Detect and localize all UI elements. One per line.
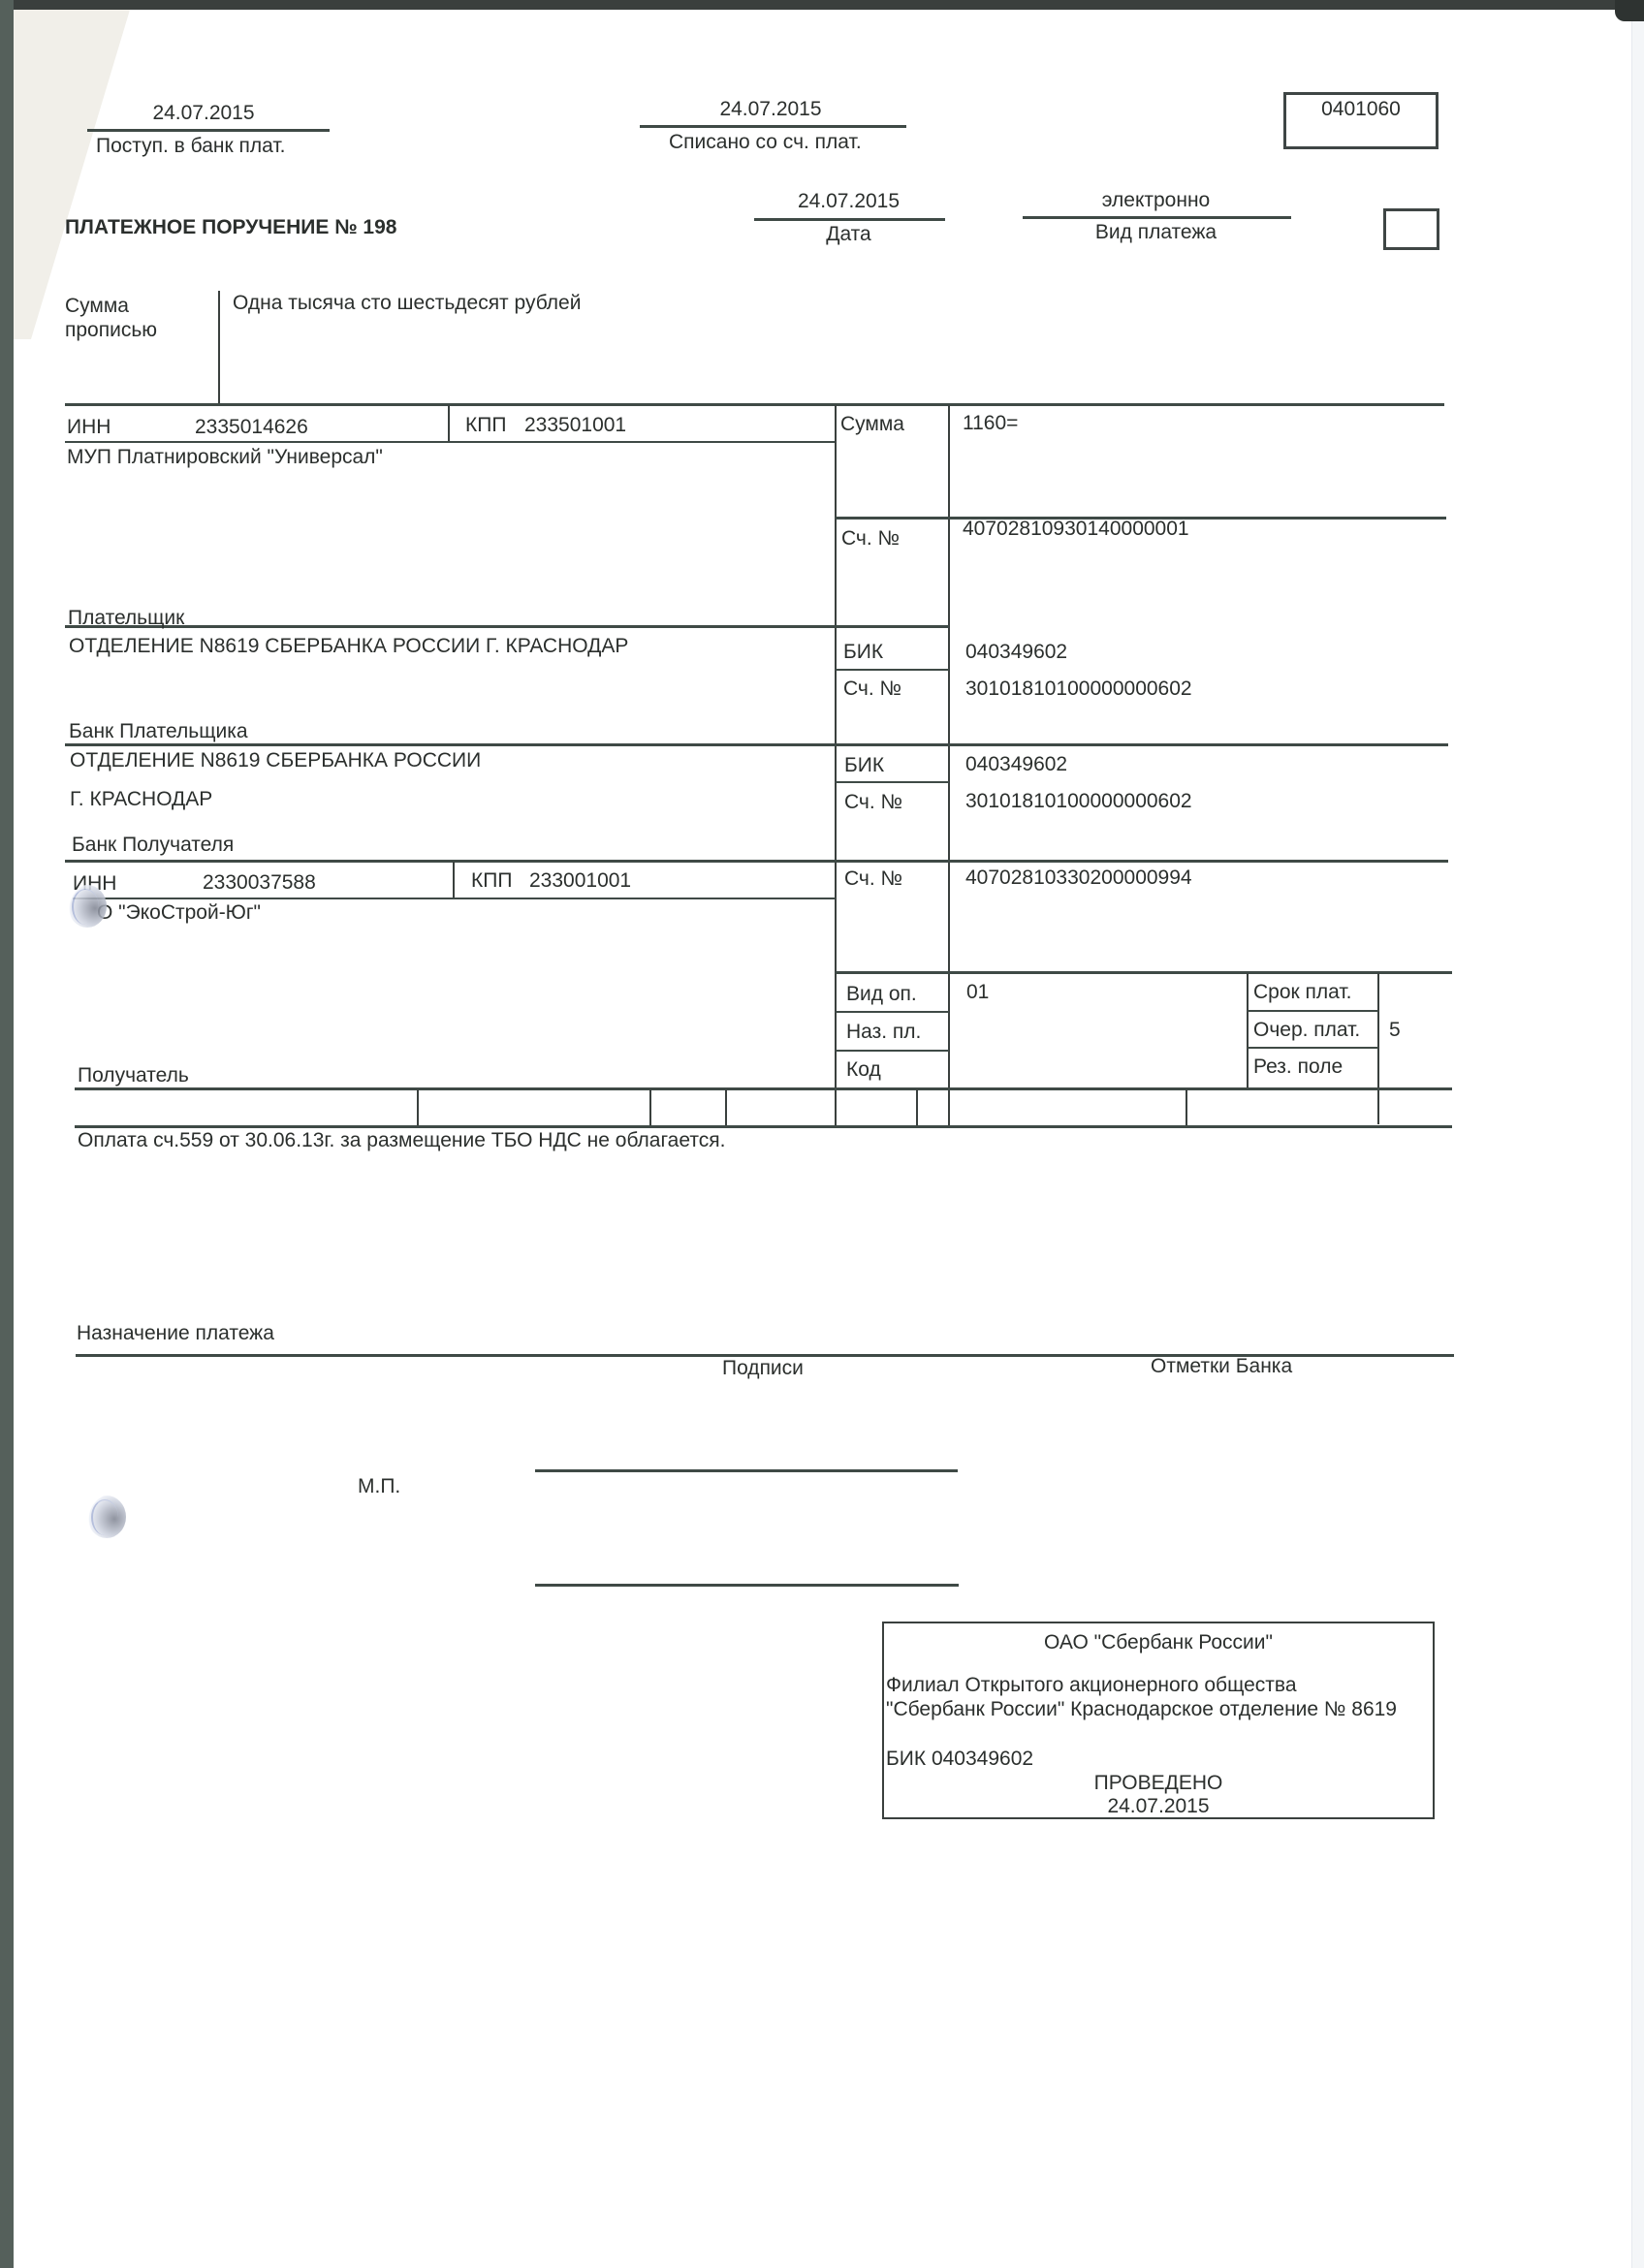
- grid-line-payer-inn-bottom: [65, 441, 836, 443]
- grid-due-right: [1377, 973, 1379, 1124]
- received-date: 24.07.2015: [87, 103, 320, 123]
- scan-corner-right: [1615, 0, 1644, 21]
- grid-line-priority-bottom: [1248, 1047, 1378, 1049]
- scan-edge-top: [0, 0, 1644, 10]
- bank-stamp-date: 24.07.2015: [884, 1796, 1433, 1816]
- signatures-label: Подписи: [722, 1358, 804, 1378]
- bank-stamp-line3: "Сбербанк России" Краснодарское отделени…: [886, 1699, 1397, 1719]
- payer-inn: 2335014626: [195, 417, 308, 437]
- payer-label: Плательщик: [68, 608, 184, 628]
- payer-bank-account-label: Сч. №: [843, 678, 901, 699]
- grid-vertical-left: [835, 405, 837, 1128]
- form-code: 0401060: [1286, 99, 1436, 119]
- document-date-label: Дата: [754, 224, 943, 244]
- grid-line-op-type-bottom: [836, 1011, 949, 1013]
- grid-tax-divider-2: [649, 1089, 651, 1128]
- payee-bank-account: 30101810100000000602: [965, 791, 1192, 811]
- op-type: 01: [966, 982, 989, 1002]
- purpose-label: Назначение платежа: [77, 1323, 274, 1343]
- priority-value: 5: [1389, 1020, 1401, 1040]
- scan-folded-corner: [14, 10, 130, 339]
- payer-name: МУП Платнировский "Универсал": [67, 447, 383, 467]
- grid-line-payee-inn-bottom: [73, 898, 836, 899]
- status-box: [1383, 208, 1439, 250]
- payer-kpp: 233501001: [524, 415, 626, 435]
- grid-line-purpose-code-bottom: [836, 1050, 949, 1052]
- amount-words-label-line2: прописью: [65, 320, 157, 340]
- document-date-underline: [754, 218, 945, 221]
- grid-tax-divider-4: [916, 1089, 918, 1128]
- seal-label: М.П.: [358, 1476, 400, 1496]
- payee-label: Получатель: [78, 1065, 189, 1086]
- purpose-code-label: Наз. пл.: [846, 1022, 921, 1042]
- grid-line-operation-top: [836, 971, 1452, 974]
- debited-date-label: Списано со сч. плат.: [669, 132, 862, 152]
- payee-bank-name-line2: Г. КРАСНОДАР: [70, 789, 212, 809]
- purpose-text: Оплата сч.559 от 30.06.13г. за размещени…: [78, 1130, 725, 1150]
- payment-type-label: Вид платежа: [1023, 222, 1289, 242]
- op-type-label: Вид оп.: [846, 984, 917, 1004]
- priority-label: Очер. плат.: [1253, 1020, 1360, 1040]
- payee-bank-name-line1: ОТДЕЛЕНИЕ N8619 СБЕРБАНКА РОССИИ: [70, 750, 481, 771]
- payment-type-underline: [1023, 216, 1291, 219]
- payer-inn-label: ИНН: [67, 417, 111, 437]
- payer-account: 40702810930140000001: [963, 519, 1189, 539]
- grid-line-bik1-bottom: [836, 669, 949, 671]
- scan-edge-right: [1631, 10, 1644, 2268]
- payee-inn: 2330037588: [203, 872, 316, 893]
- payer-bank-bik: 040349602: [965, 642, 1067, 662]
- payer-kpp-label: КПП: [465, 415, 506, 435]
- payee-account: 40702810330200000994: [965, 867, 1192, 888]
- document-date: 24.07.2015: [754, 191, 943, 211]
- payee-kpp-label: КПП: [471, 870, 512, 891]
- payee-name: О "ЭкоСтрой-Юг": [97, 902, 261, 923]
- grid-line-payer-bank-bottom: [65, 743, 1448, 746]
- grid-payer-inn-divider: [448, 405, 450, 442]
- payee-bank-account-label: Сч. №: [844, 792, 902, 812]
- grid-vertical-right: [948, 405, 950, 1128]
- reserve-label: Рез. поле: [1253, 1056, 1343, 1077]
- grid-line-payer-bottom: [65, 625, 949, 628]
- payer-bank-label: Банк Плательщика: [69, 721, 248, 741]
- debited-date-underline: [640, 125, 906, 128]
- bank-stamp-status: ПРОВЕДЕНО: [884, 1773, 1433, 1793]
- code-label: Код: [846, 1059, 881, 1080]
- watermark-logo-icon: [87, 1496, 126, 1538]
- signature-line-1: [535, 1469, 958, 1472]
- page-title: ПЛАТЕЖНОЕ ПОРУЧЕНИЕ № 198: [65, 217, 396, 237]
- amount-words-label-line1: Сумма: [65, 296, 129, 316]
- due-label: Срок плат.: [1253, 982, 1352, 1002]
- grid-line-payee-bottom: [75, 1087, 1452, 1090]
- payer-bank-bik-label: БИК: [843, 642, 883, 662]
- grid-line-payer-top: [65, 403, 1444, 406]
- amount-words-value: Одна тысяча сто шестьдесят рублей: [233, 293, 581, 313]
- payee-bank-bik: 040349602: [965, 754, 1067, 774]
- received-date-label: Поступ. в банк плат.: [96, 136, 285, 156]
- payer-bank-name: ОТДЕЛЕНИЕ N8619 СБЕРБАНКА РОССИИ Г. КРАС…: [69, 636, 628, 656]
- grid-line-bik2-bottom: [836, 781, 949, 783]
- payee-bank-bik-label: БИК: [844, 755, 884, 775]
- bank-stamp: ОАО "Сбербанк России" Филиал Открытого а…: [882, 1622, 1435, 1819]
- payee-account-label: Сч. №: [844, 868, 902, 889]
- grid-line-tax-bottom: [75, 1125, 1452, 1128]
- payee-bank-label: Банк Получателя: [72, 835, 234, 855]
- grid-tax-divider-5: [1186, 1089, 1187, 1128]
- grid-line-payee-bank-bottom: [65, 860, 1448, 863]
- scan-edge-left: [0, 0, 14, 2268]
- signature-line-2: [535, 1584, 959, 1587]
- form-code-box: 0401060: [1283, 92, 1438, 149]
- watermark-logo-icon: [68, 885, 107, 928]
- grid-line-due-bottom: [1248, 1010, 1378, 1012]
- bank-marks-label: Отметки Банка: [1151, 1356, 1292, 1376]
- amount-value: 1160=: [963, 413, 1018, 433]
- grid-due-left: [1247, 973, 1249, 1087]
- grid-payee-inn-divider: [453, 862, 455, 898]
- grid-tax-divider-1: [417, 1089, 419, 1128]
- received-date-underline: [87, 129, 330, 132]
- payer-bank-account: 30101810100000000602: [965, 678, 1192, 699]
- payee-kpp: 233001001: [529, 870, 631, 891]
- bank-stamp-line2: Филиал Открытого акционерного общества: [886, 1675, 1297, 1695]
- debited-date: 24.07.2015: [640, 99, 901, 119]
- payment-type: электронно: [1023, 190, 1289, 210]
- payer-account-label: Сч. №: [841, 528, 900, 549]
- bank-stamp-bik: БИК 040349602: [886, 1748, 1033, 1769]
- grid-tax-divider-3: [725, 1089, 727, 1128]
- amount-words-divider: [218, 291, 220, 405]
- amount-label: Сумма: [840, 414, 904, 434]
- bank-stamp-line1: ОАО "Сбербанк России": [884, 1632, 1433, 1653]
